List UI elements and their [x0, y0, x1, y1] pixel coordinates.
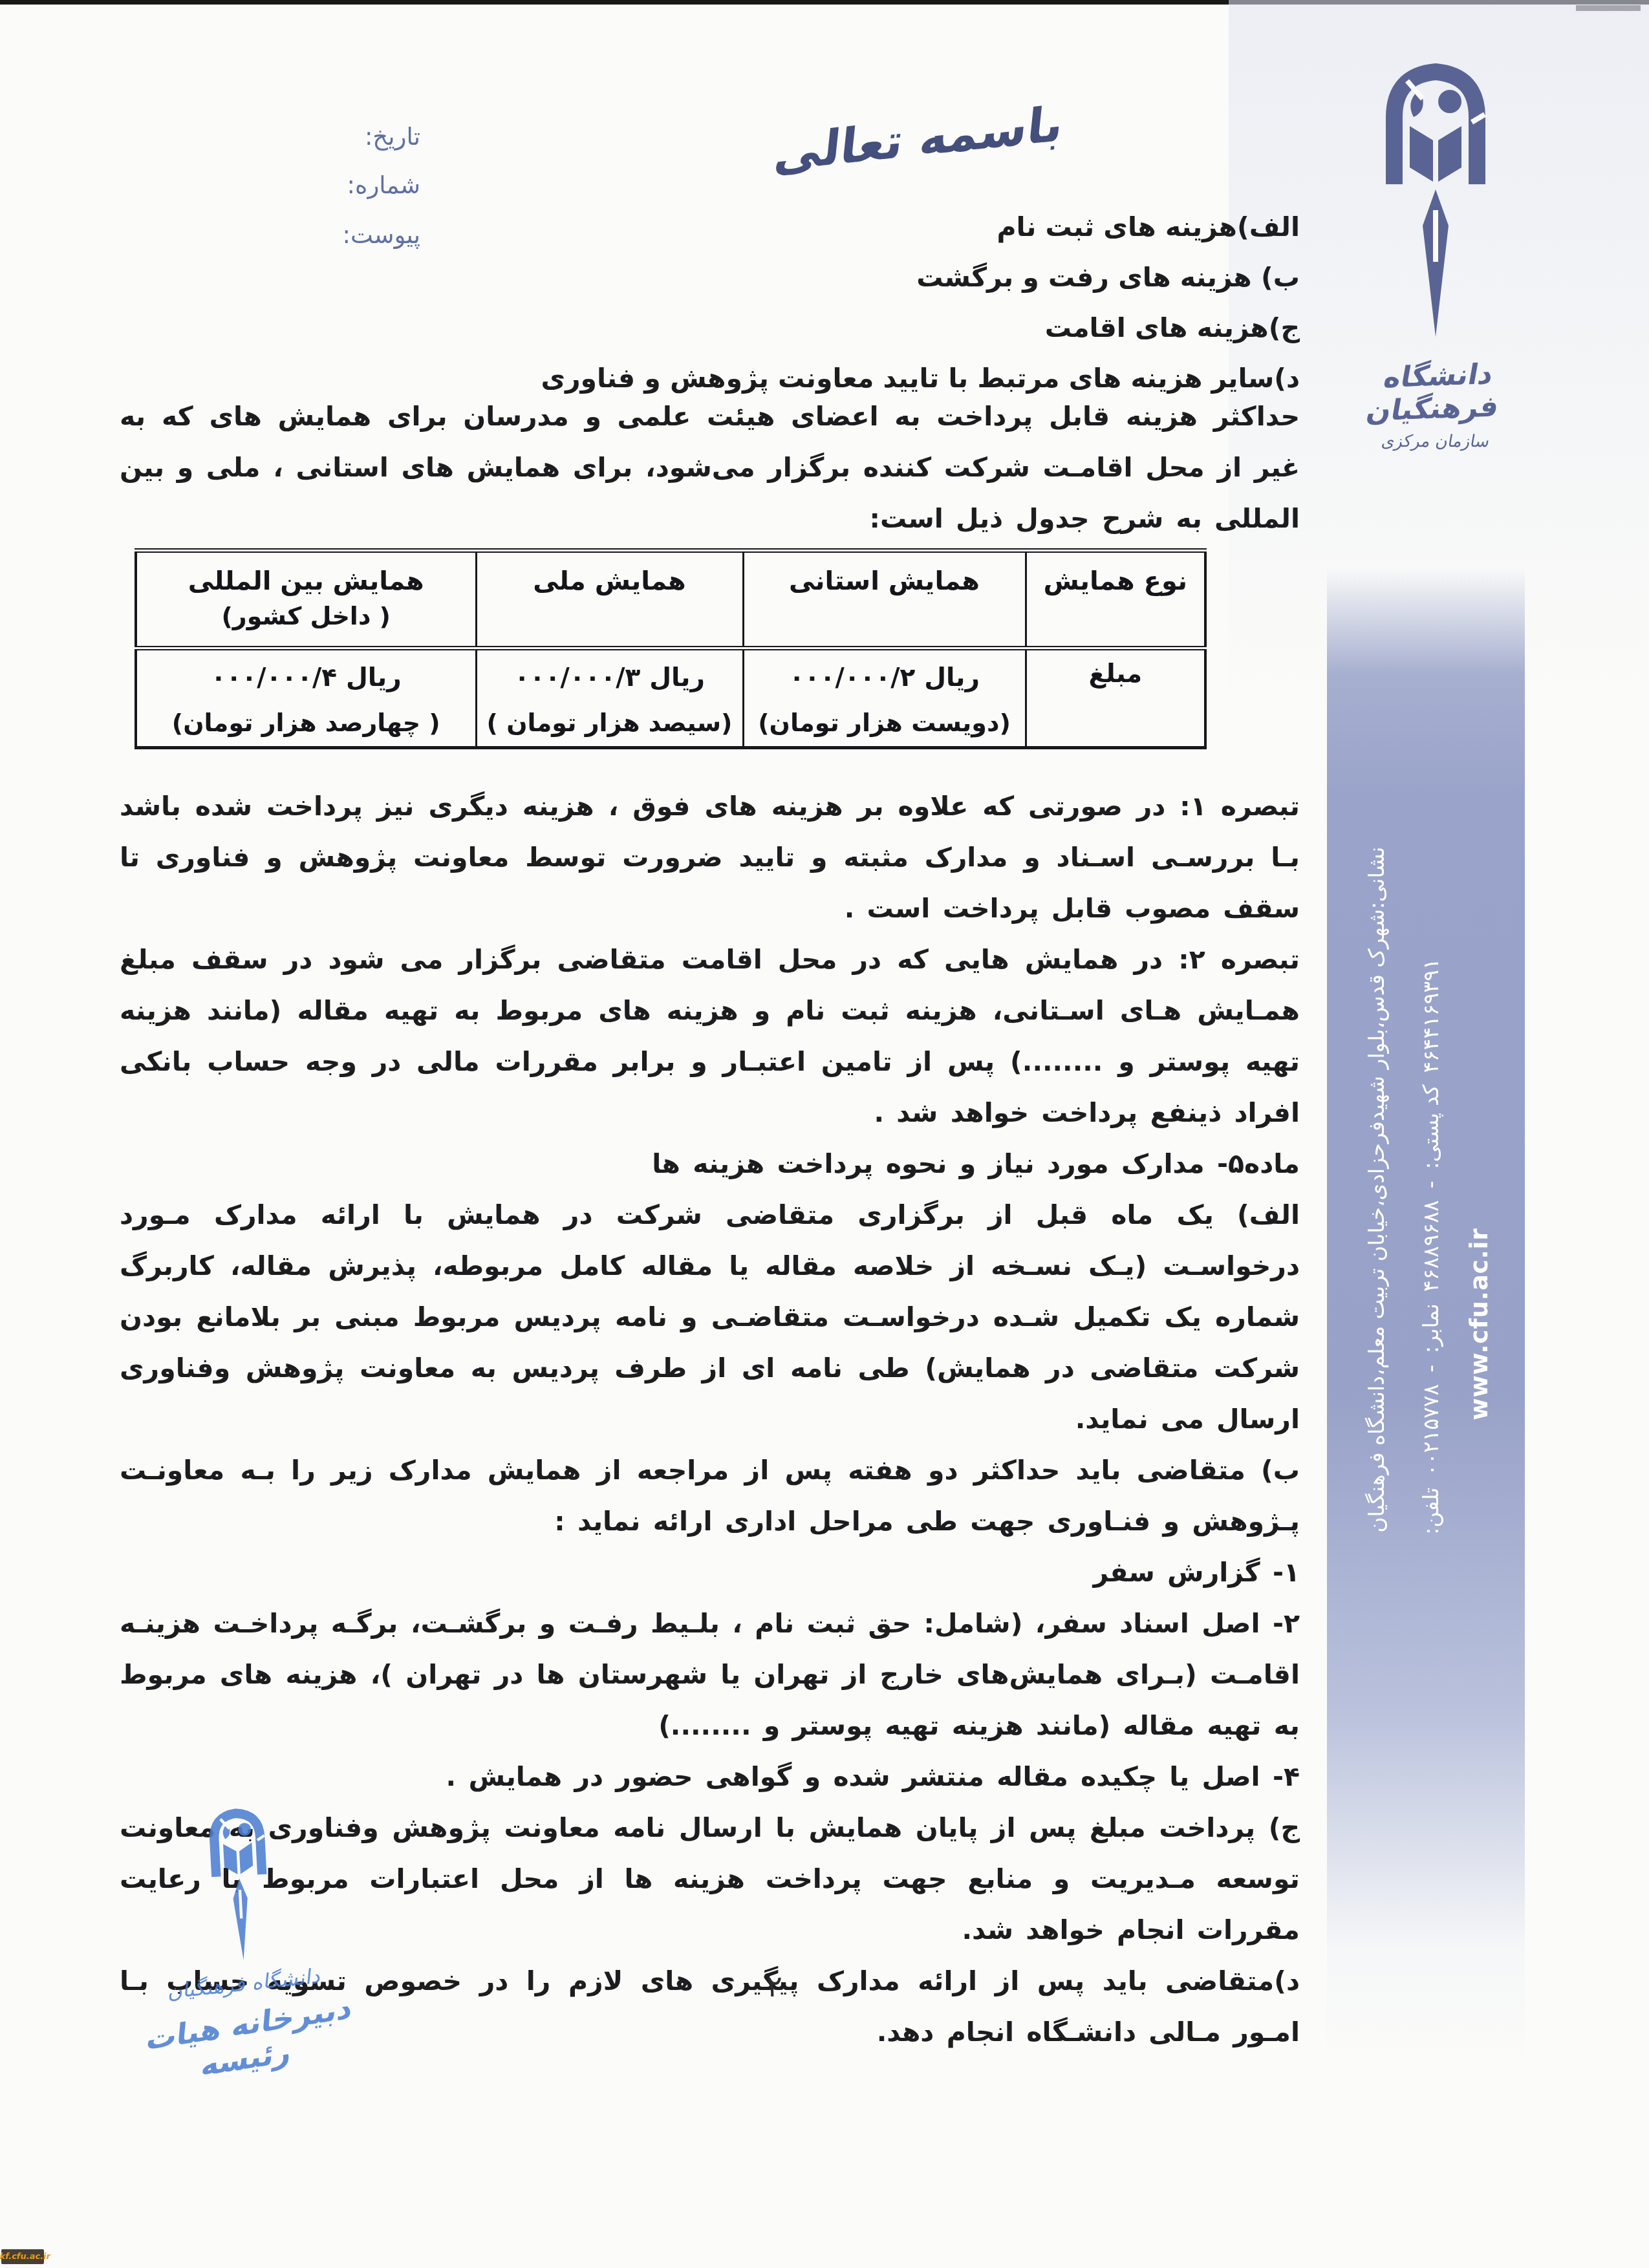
amount-toman: ( چهارصد هزار تومان) — [137, 706, 475, 740]
amount-national: ۳/۰۰۰/۰۰۰ریال (سیصد هزار تومان ) — [476, 648, 743, 748]
table-row-label: مبلغ — [1026, 648, 1205, 748]
cfu-emblem-icon — [1371, 52, 1500, 356]
item-2-paragraph: ۲- اصل اسناد سفر، (شامل: حق ثبت نام ، بل… — [120, 1598, 1300, 1751]
amount-value: ۳/۰۰۰/۰۰۰ — [514, 659, 640, 697]
postal-label: کد پستی: — [1418, 1085, 1443, 1170]
article-5-title: ماده۵- مدارک مورد نیاز و نحوه پرداخت هزی… — [120, 1139, 1300, 1190]
note-1-paragraph: تبصره ۱: در صورتی که علاوه بر هزینه های … — [120, 781, 1300, 934]
note-2-paragraph: تبصره ۲: در همایش هایی که در محل اقامت م… — [120, 934, 1300, 1139]
postal-code: ۱۹۳۹۶۱۴۴۶۴ — [1418, 958, 1443, 1073]
column-header-international: همایش بین المللی ( داخل کشور) — [136, 551, 476, 648]
amount-unit: ریال — [649, 659, 705, 697]
separator: - — [1418, 1365, 1443, 1373]
page-number: ۲ — [766, 1969, 782, 2004]
phone-number: ۸۷۷۵۱۲۰۰ — [1418, 1384, 1443, 1476]
column-header-national: همایش ملی — [476, 551, 743, 648]
meta-date-label: تاریخ: — [365, 123, 420, 151]
sidebar-website: www.cfu.ac.ir — [1465, 1228, 1493, 1420]
item-4-line: ۴- اصل یا چکیده مقاله منتشر شده و گواهی … — [120, 1751, 1300, 1803]
table-corner-header: نوع همایش — [1026, 551, 1205, 648]
expense-item-jim: ج)هزینه های اقامت — [120, 308, 1300, 348]
scanned-letter-page: دانشگاه فرهنگیان سازمان مرکزی باسمه تعال… — [0, 0, 1649, 2268]
amount-unit: ریال — [346, 659, 402, 697]
letterhead-logo: دانشگاه فرهنگیان سازمان مرکزی — [1332, 52, 1539, 451]
logo-unit-name: سازمان مرکزی — [1330, 432, 1540, 451]
phone-label: تلفن: — [1418, 1488, 1443, 1535]
clause-alef-paragraph: الف) یک ماه قبل از برگزاری متقاضی شرکت د… — [120, 1190, 1300, 1445]
watermark-badge: zkf.cfu.ac.ir — [1, 2249, 44, 2264]
item-1-line: ۱- گزارش سفر — [120, 1547, 1300, 1598]
logo-org-name: دانشگاه فرهنگیان — [1326, 356, 1546, 429]
amount-provincial: ۲/۰۰۰/۰۰۰ریال (دویست هزار تومان) — [743, 648, 1026, 748]
expense-item-be: ب) هزینه های رفت و برگشت — [120, 257, 1300, 297]
separator: - — [1418, 1181, 1443, 1188]
secretariat-stamp: دانشگاه فرهنگیان دبیرخانه هیات رئیسه — [100, 1797, 385, 2082]
fees-table: نوع همایش همایش استانی همایش ملی همایش ب… — [135, 548, 1207, 749]
fax-label: نمابر: — [1418, 1303, 1443, 1353]
amount-international: ۴/۰۰۰/۰۰۰ریال ( چهارصد هزار تومان) — [136, 648, 476, 748]
clause-be-paragraph: ب) متقاضی باید حداکثر دو هفته پس از مراج… — [120, 1445, 1300, 1547]
intro-paragraph: حداکثر هزینه قابل پرداخت به اعضای هیئت ع… — [120, 391, 1300, 544]
besmele-calligraphy: باسمه تعالی — [797, 96, 1066, 180]
fax-number: ۸۸۶۹۸۸۶۴ — [1418, 1200, 1443, 1292]
sidebar-address: نشانی:شهرک قدس،بلوار شهیدفرحزادی،خیابان … — [1364, 847, 1389, 1533]
amount-unit: ریال — [924, 659, 980, 697]
amount-toman: (دویست هزار تومان) — [744, 706, 1025, 740]
amount-value: ۴/۰۰۰/۰۰۰ — [211, 659, 337, 697]
amount-value: ۲/۰۰۰/۰۰۰ — [789, 659, 915, 697]
amount-toman: (سیصد هزار تومان ) — [477, 706, 742, 740]
column-header-provincial: همایش استانی — [743, 551, 1026, 648]
expense-item-alef: الف)هزینه های ثبت نام — [120, 207, 1300, 247]
meta-number-label: شماره: — [347, 171, 420, 199]
stamp-emblem-icon — [190, 1802, 289, 1971]
sidebar-contact: تلفن: ۸۷۷۵۱۲۰۰ - نمابر: ۸۸۶۹۸۸۶۴ - کد پس… — [1418, 958, 1443, 1534]
